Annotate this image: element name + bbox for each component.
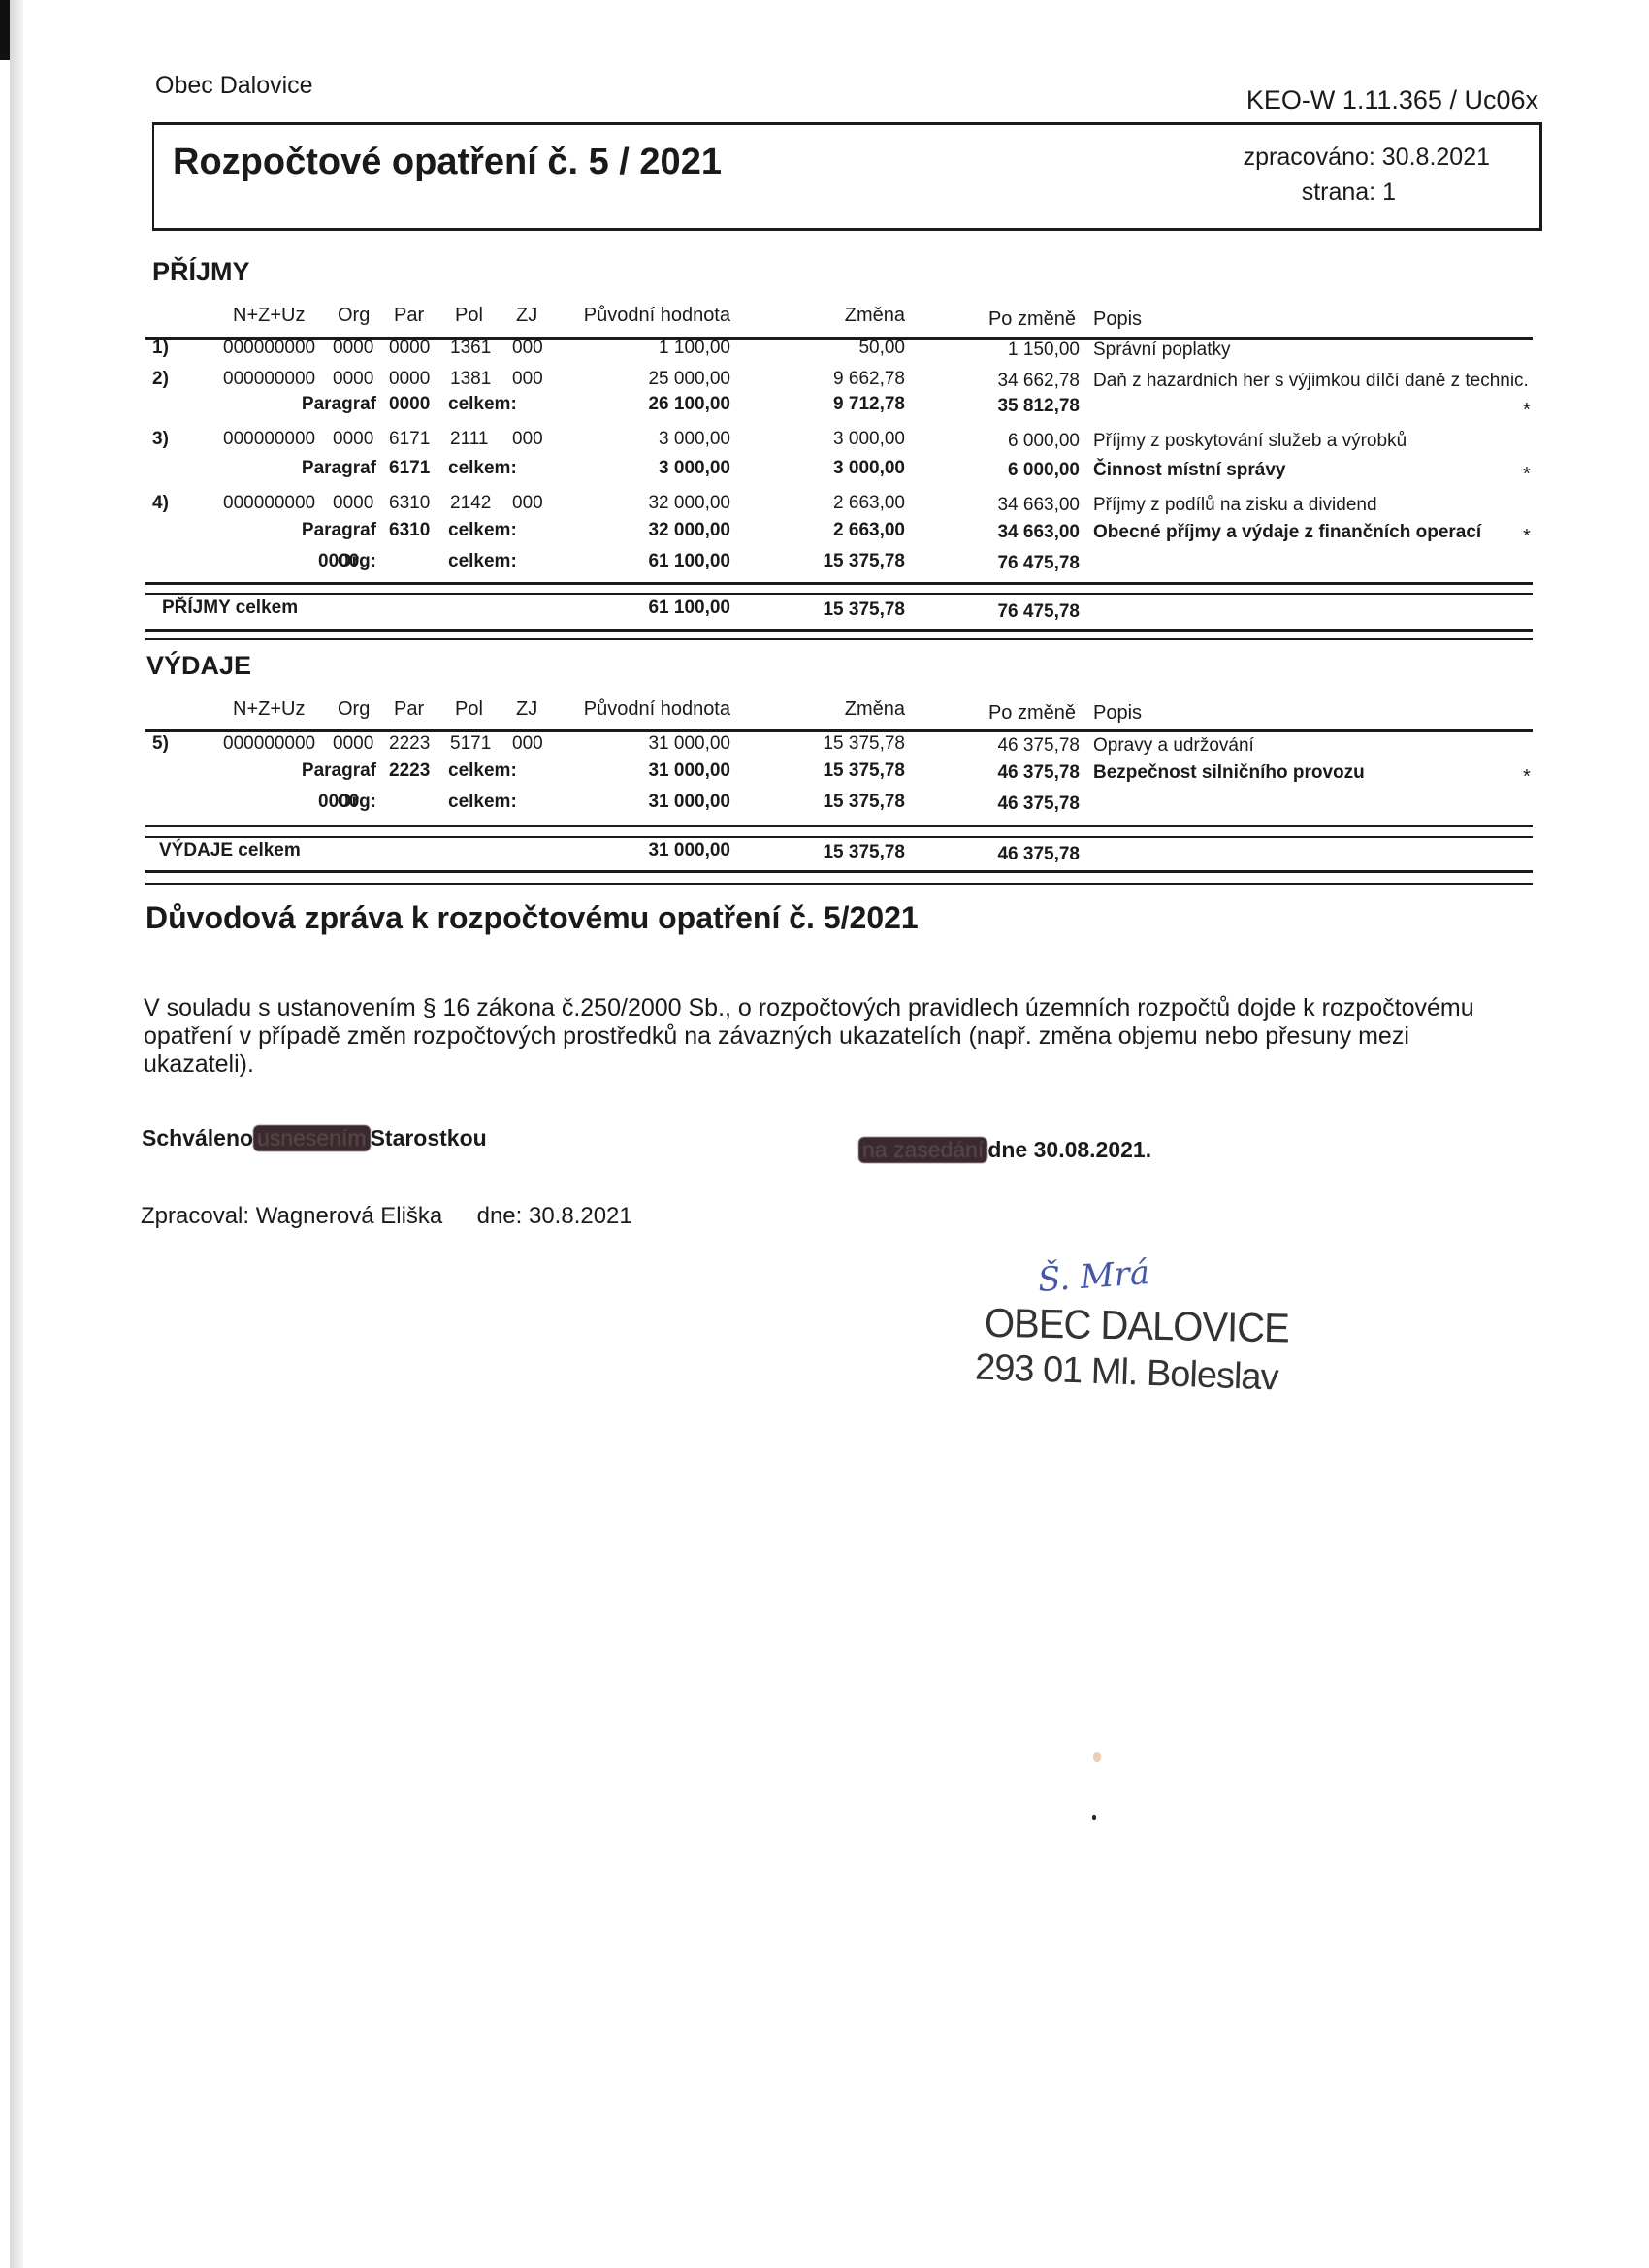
cell-after: 1 150,00 — [1008, 340, 1080, 361]
scan-dot — [1092, 1815, 1096, 1820]
subtotal-label: Paragraf — [302, 761, 376, 782]
table-rule — [145, 883, 1533, 885]
column-header-par: Par — [394, 305, 424, 327]
table-rule — [145, 729, 1533, 732]
section-total-label: PŘÍJMY celkem — [162, 598, 298, 619]
table-rule — [145, 629, 1533, 632]
cell-after: 46 375,78 — [997, 735, 1080, 757]
cell-org: 0000 — [333, 733, 373, 755]
cell-org: 0000 — [333, 369, 373, 390]
page-number: strana: 1 — [1302, 178, 1396, 207]
cell-par: 0000 — [389, 369, 430, 390]
cell-nzuz: 000000000 — [223, 493, 315, 514]
column-header-original: Původní hodnota — [584, 305, 730, 327]
cell-par: 6171 — [389, 429, 430, 450]
cell-original: 31 000,00 — [648, 733, 730, 755]
subtotal-label: Paragraf — [302, 520, 376, 541]
cell-pol: 2142 — [450, 493, 491, 514]
column-header-org: Org — [338, 698, 370, 721]
star-marker: * — [1523, 526, 1531, 548]
cell-nzuz: 000000000 — [223, 429, 315, 450]
redacted-text: usnesením — [253, 1125, 371, 1151]
column-header-zj: ZJ — [516, 698, 537, 721]
subtotal-code: 6171 — [389, 458, 430, 479]
signature: Š. Mrá — [1037, 1253, 1151, 1300]
justification-heading: Důvodová zpráva k rozpočtovému opatření … — [145, 900, 919, 936]
processed-label: zpracováno: — [1244, 144, 1375, 171]
approval-prefix: Schváleno — [142, 1125, 253, 1150]
stamp-line-2: 293 01 Ml. Boleslav — [974, 1347, 1278, 1400]
cell-par: 0000 — [389, 338, 430, 359]
cell-change: 2 663,00 — [833, 493, 905, 514]
column-header-change: Změna — [845, 698, 905, 721]
cell-zj: 000 — [512, 369, 543, 390]
subtotal-code: 2223 — [389, 761, 430, 782]
cell-change: 2 663,00 — [833, 520, 905, 541]
prepared-name: Wagnerová Eliška — [256, 1203, 443, 1229]
cell-original: 31 000,00 — [648, 792, 730, 813]
table-rule — [145, 593, 1533, 595]
section-total-label: VÝDAJE celkem — [159, 840, 301, 861]
cell-after: 46 375,78 — [997, 794, 1080, 815]
document-title: Rozpočtové opatření č. 5 / 2021 — [173, 142, 722, 183]
cell-zj: 000 — [512, 338, 543, 359]
page-value: 1 — [1382, 178, 1396, 206]
column-header-description: Popis — [1093, 308, 1142, 331]
justification-text: V souladu s ustanovením § 16 zákona č.25… — [144, 994, 1502, 1079]
table-rule — [145, 870, 1533, 873]
organization-name: Obec Dalovice — [155, 72, 313, 100]
cell-original: 31 000,00 — [648, 761, 730, 782]
cell-change: 15 375,78 — [823, 733, 905, 755]
cell-after: 6 000,00 — [1008, 431, 1080, 452]
cell-original: 3 000,00 — [659, 458, 730, 479]
cell-description: Bezpečnost silničního provozu — [1093, 762, 1365, 784]
row-number: 3) — [152, 429, 169, 450]
cell-description: Příjmy z poskytování služeb a výrobků — [1093, 431, 1406, 452]
cell-original: 32 000,00 — [648, 520, 730, 541]
cell-pol: 2111 — [450, 429, 488, 450]
star-marker: * — [1523, 464, 1531, 486]
cell-original: 26 100,00 — [648, 394, 730, 415]
cell-zj: 000 — [512, 733, 543, 755]
scan-edge-shadow — [10, 0, 23, 2268]
column-header-pol: Pol — [455, 698, 483, 721]
cell-original: 25 000,00 — [648, 369, 730, 390]
total-after: 76 475,78 — [997, 601, 1080, 623]
prepared-label: Zpracoval: — [141, 1203, 249, 1229]
approval-by: Starostkou — [371, 1125, 487, 1150]
cell-description: Činnost místní správy — [1093, 460, 1286, 481]
cell-org: 0000 — [333, 493, 373, 514]
redacted-text: na zasedání — [858, 1137, 987, 1163]
total-original: 61 100,00 — [648, 598, 730, 619]
prepared-date: 30.8.2021 — [529, 1203, 632, 1229]
star-marker: * — [1523, 766, 1531, 789]
column-header-after: Po změně — [988, 308, 1076, 331]
subtotal-suffix: celkem: — [448, 458, 517, 479]
cell-description: Obecné příjmy a výdaje z finančních oper… — [1093, 522, 1481, 543]
cell-description: Daň z hazardních her s výjimkou dílčí da… — [1093, 371, 1529, 392]
cell-pol: 1361 — [450, 338, 491, 359]
column-header-description: Popis — [1093, 702, 1142, 725]
cell-change: 9 662,78 — [833, 369, 905, 390]
column-header-par: Par — [394, 698, 424, 721]
cell-description: Opravy a udržování — [1093, 735, 1254, 757]
cell-original: 1 100,00 — [659, 338, 730, 359]
cell-pol: 1381 — [450, 369, 491, 390]
cell-original: 32 000,00 — [648, 493, 730, 514]
table-rule — [145, 825, 1533, 827]
cell-original: 3 000,00 — [659, 429, 730, 450]
approval-date: na zasedánídne 30.08.2021. — [858, 1137, 1151, 1163]
star-marker: * — [1523, 400, 1531, 422]
cell-description: Příjmy z podílů na zisku a dividend — [1093, 495, 1377, 516]
system-id: KEO-W 1.11.365 / Uc06x — [1246, 85, 1538, 115]
cell-nzuz: 000000000 — [223, 733, 315, 755]
cell-par: 2223 — [389, 733, 430, 755]
column-header-nzuz: N+Z+Uz — [233, 698, 305, 721]
total-change: 15 375,78 — [823, 599, 905, 621]
orgtotal-code: 0000 — [318, 551, 359, 572]
income-heading: PŘÍJMY — [152, 257, 250, 287]
orgtotal-suffix: celkem: — [448, 792, 517, 813]
prepared-by: Zpracoval: Wagnerová Eliška dne: 30.8.20… — [141, 1203, 632, 1230]
cell-after: 76 475,78 — [997, 553, 1080, 574]
subtotal-code: 6310 — [389, 520, 430, 541]
cell-change: 9 712,78 — [833, 394, 905, 415]
cell-zj: 000 — [512, 429, 543, 450]
total-original: 31 000,00 — [648, 840, 730, 861]
cell-after: 34 663,00 — [997, 495, 1080, 516]
scan-speck — [1093, 1752, 1101, 1762]
cell-after: 46 375,78 — [997, 762, 1080, 784]
table-rule — [145, 638, 1533, 640]
cell-change: 3 000,00 — [833, 458, 905, 479]
cell-change: 3 000,00 — [833, 429, 905, 450]
column-header-pol: Pol — [455, 305, 483, 327]
column-header-after: Po změně — [988, 702, 1076, 725]
approval-line: SchválenousnesenímStarostkou — [142, 1125, 487, 1151]
column-header-org: Org — [338, 305, 370, 327]
cell-after: 34 662,78 — [997, 371, 1080, 392]
cell-change: 15 375,78 — [823, 761, 905, 782]
cell-par: 6310 — [389, 493, 430, 514]
cell-after: 35 812,78 — [997, 396, 1080, 417]
expense-heading: VÝDAJE — [146, 651, 251, 681]
cell-original: 61 100,00 — [648, 551, 730, 572]
cell-org: 0000 — [333, 429, 373, 450]
cell-change: 50,00 — [858, 338, 905, 359]
processed-date: zpracováno: 30.8.2021 — [1244, 144, 1490, 172]
subtotal-code: 0000 — [389, 394, 430, 415]
column-header-original: Původní hodnota — [584, 698, 730, 721]
row-number: 2) — [152, 369, 169, 390]
cell-after: 6 000,00 — [1008, 460, 1080, 481]
cell-org: 0000 — [333, 338, 373, 359]
cell-description: Správní poplatky — [1093, 340, 1231, 361]
cell-nzuz: 000000000 — [223, 338, 315, 359]
page-label: strana: — [1302, 178, 1375, 206]
subtotal-suffix: celkem: — [448, 761, 517, 782]
column-header-zj: ZJ — [516, 305, 537, 327]
column-header-change: Změna — [845, 305, 905, 327]
cell-zj: 000 — [512, 493, 543, 514]
column-header-nzuz: N+Z+Uz — [233, 305, 305, 327]
cell-change: 15 375,78 — [823, 551, 905, 572]
processed-value: 30.8.2021 — [1382, 144, 1490, 171]
subtotal-suffix: celkem: — [448, 520, 517, 541]
orgtotal-code: 0000 — [318, 792, 359, 813]
cell-pol: 5171 — [450, 733, 491, 755]
table-rule — [145, 582, 1533, 585]
approval-date-text: dne 30.08.2021. — [987, 1137, 1151, 1162]
cell-after: 34 663,00 — [997, 522, 1080, 543]
scan-artifact — [0, 0, 10, 60]
stamp-line-1: OBEC DALOVICE — [985, 1301, 1290, 1352]
row-number: 1) — [152, 338, 169, 359]
prepared-date-label: dne: — [477, 1203, 523, 1229]
cell-nzuz: 000000000 — [223, 369, 315, 390]
orgtotal-suffix: celkem: — [448, 551, 517, 572]
subtotal-label: Paragraf — [302, 458, 376, 479]
subtotal-suffix: celkem: — [448, 394, 517, 415]
total-change: 15 375,78 — [823, 842, 905, 863]
subtotal-label: Paragraf — [302, 394, 376, 415]
row-number: 5) — [152, 733, 169, 755]
total-after: 46 375,78 — [997, 844, 1080, 865]
cell-change: 15 375,78 — [823, 792, 905, 813]
table-rule — [145, 836, 1533, 838]
row-number: 4) — [152, 493, 169, 514]
